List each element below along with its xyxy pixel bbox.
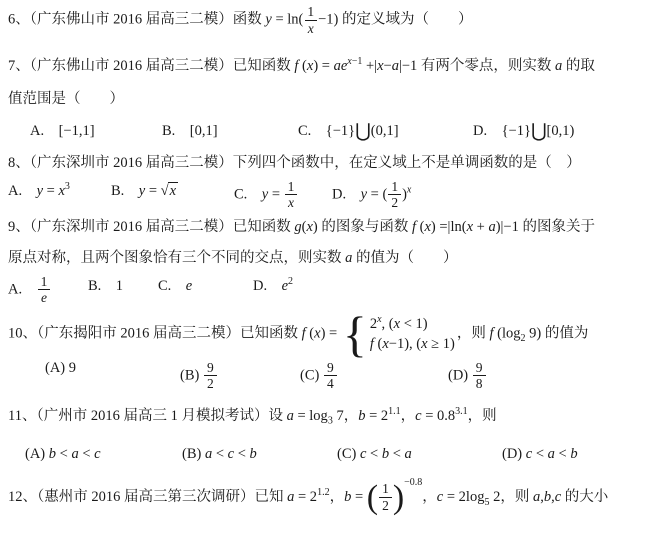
question-9-text-line-2: 原点对称，且两个图象恰有三个不同的交点，则实数 a 的值为（ ）: [8, 248, 638, 268]
question-11-option-a: (A) b < a < c: [25, 446, 182, 463]
question-10: 10、（广东揭阳市 2016 届高三二模）已知函数 f (x) = {2x, (…: [8, 314, 638, 392]
question-6-text: 6、（广东佛山市 2016 届高三二模）函数 y = ln(1x−1) 的定义域…: [8, 4, 638, 36]
question-6: 6、（广东佛山市 2016 届高三二模）函数 y = ln(1x−1) 的定义域…: [8, 4, 638, 36]
question-9-options: A. 1e B. 1 C. e D. e2: [8, 274, 638, 306]
question-12: 12、（惠州市 2016 届高三第三次调研）已知 a = 21.2，b = (1…: [8, 473, 638, 514]
question-7-option-d: D. {−1}⋃[0,1): [473, 119, 574, 141]
question-8: 8、（广东深圳市 2016 届高三二模）下列四个函数中，在定义域上不是单调函数的…: [8, 153, 638, 211]
question-8-options: A. y = x3 B. y = √x C. y = 1x D. y = (12…: [8, 179, 638, 211]
question-7: 7、（广东佛山市 2016 届高三二模）已知函数 f (x) = aex−1 +…: [8, 52, 638, 141]
question-11-option-d: (D) c < a < b: [502, 446, 578, 463]
question-11: 11、（广州市 2016 届高三 1 月模拟考试）设 a = log3 7，b …: [8, 402, 638, 463]
question-7-options: A. [−1,1] B. [0,1] C. {−1}⋃(0,1] D. {−1}…: [8, 119, 638, 141]
question-10-option-c: (C) 94: [300, 360, 448, 392]
question-7-text-line-2: 值范围是（ ）: [8, 89, 638, 109]
question-7-option-a: A. [−1,1]: [30, 119, 162, 140]
question-9-option-c: C. e: [158, 274, 253, 295]
question-7-option-c: C. {−1}⋃(0,1]: [298, 119, 473, 141]
question-11-option-b: (B) a < c < b: [182, 446, 337, 463]
question-8-text: 8、（广东深圳市 2016 届高三二模）下列四个函数中，在定义域上不是单调函数的…: [8, 153, 638, 173]
question-9: 9、（广东深圳市 2016 届高三二模）已知函数 g(x) 的图象与函数 f (…: [8, 217, 638, 306]
question-10-option-a: (A) 9: [45, 360, 180, 377]
question-12-text: 12、（惠州市 2016 届高三第三次调研）已知 a = 21.2，b = (1…: [8, 473, 638, 514]
question-9-option-d: D. e2: [253, 274, 293, 295]
question-11-option-c: (C) c < b < a: [337, 446, 502, 463]
question-10-option-d: (D) 98: [448, 360, 487, 392]
question-10-options: (A) 9 (B) 92 (C) 94 (D) 98: [8, 360, 638, 392]
question-7-option-b: B. [0,1]: [162, 119, 298, 140]
question-8-option-d: D. y = (12)x: [332, 179, 411, 211]
question-10-text: 10、（广东揭阳市 2016 届高三二模）已知函数 f (x) = {2x, (…: [8, 314, 638, 354]
question-11-options: (A) b < a < c (B) a < c < b (C) c < b < …: [8, 446, 638, 463]
question-8-option-a: A. y = x3: [8, 179, 111, 200]
question-8-option-c: C. y = 1x: [234, 179, 332, 211]
question-8-option-b: B. y = √x: [111, 179, 234, 200]
document-page: 6、（广东佛山市 2016 届高三二模）函数 y = ln(1x−1) 的定义域…: [0, 0, 646, 513]
question-9-option-b: B. 1: [88, 274, 158, 295]
question-10-option-b: (B) 92: [180, 360, 300, 392]
question-9-text-line-1: 9、（广东深圳市 2016 届高三二模）已知函数 g(x) 的图象与函数 f (…: [8, 217, 638, 237]
question-7-text-line-1: 7、（广东佛山市 2016 届高三二模）已知函数 f (x) = aex−1 +…: [8, 52, 638, 76]
question-11-text: 11、（广州市 2016 届高三 1 月模拟考试）设 a = log3 7，b …: [8, 402, 638, 432]
question-9-option-a: A. 1e: [8, 274, 88, 306]
